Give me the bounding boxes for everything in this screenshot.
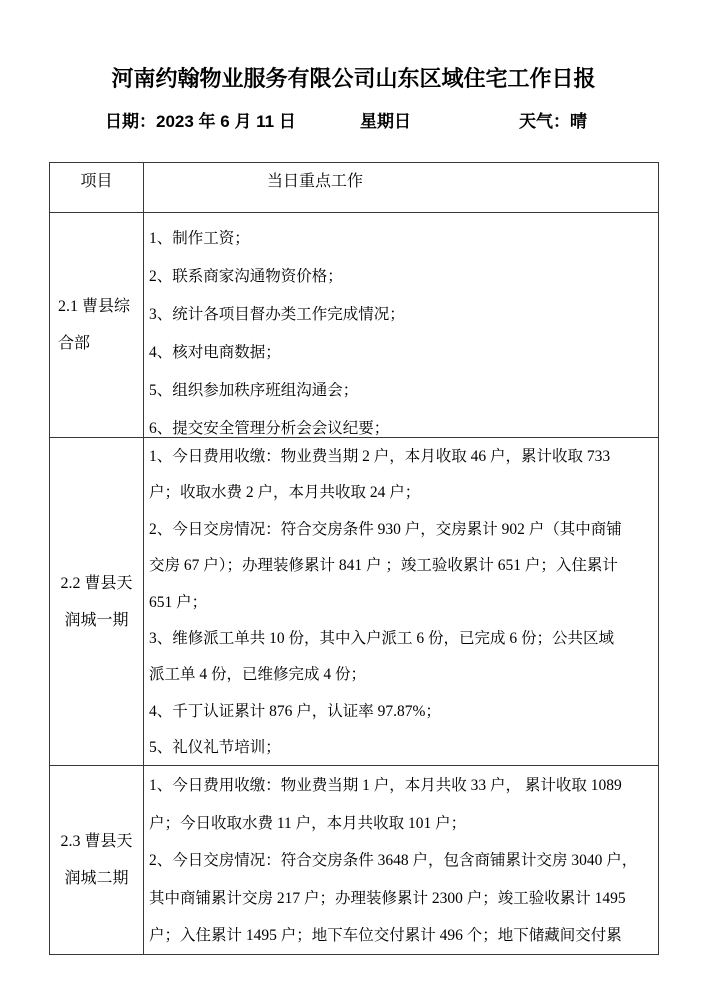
table-row-tianrun-city-phase2: 2.3 曹县天 润城二期 1、今日费用收缴：物业费当期 1 户，本月共收 33 … [50, 766, 658, 954]
work-item: 4、千丁认证累计 876 户，认证率 97.87%； [149, 694, 654, 730]
meta-date: 日期：2023 年 6 月 11 日 [105, 110, 296, 134]
work-item: 5、组织参加秩序班组沟通会； [149, 372, 654, 410]
project-label: 2.3 曹县天 润城二期 [50, 766, 144, 954]
meta-line: 日期：2023 年 6 月 11 日 星期日 天气：晴 [0, 110, 707, 134]
meta-weather: 天气：晴 [519, 110, 587, 134]
work-item: 3、统计各项目督办类工作完成情况； [149, 296, 654, 334]
work-item: 1、今日费用收缴：物业费当期 2 户，本月收取 46 户，累计收取 733 户；… [149, 439, 654, 512]
work-item: 2、联系商家沟通物资价格； [149, 258, 654, 296]
document-title: 河南约翰物业服务有限公司山东区域住宅工作日报 [0, 64, 707, 94]
project-label: 2.1 曹县综 合部 [50, 213, 144, 437]
work-item: 1、制作工资； [149, 220, 654, 258]
meta-weekday: 星期日 [360, 110, 411, 134]
work-item: 2、今日交房情况：符合交房条件 930 户，交房累计 902 户（其中商铺 交房… [149, 512, 654, 621]
work-items: 1、今日费用收缴：物业费当期 1 户，本月共收 33 户， 累计收取 1089 … [144, 766, 658, 954]
work-items: 1、制作工资；2、联系商家沟通物资价格；3、统计各项目督办类工作完成情况；4、核… [144, 213, 658, 437]
table-header-row: 项目 当日重点工作 [50, 163, 658, 213]
work-item: 6、提交安全管理分析会会议纪要； [149, 410, 654, 437]
work-items: 1、今日费用收缴：物业费当期 2 户，本月收取 46 户，累计收取 733 户；… [144, 438, 658, 765]
header-daily-work: 当日重点工作 [144, 163, 658, 212]
daily-report-table: 项目 当日重点工作 2.1 曹县综 合部 1、制作工资；2、联系商家沟通物资价格… [49, 162, 659, 955]
work-item: 1、今日费用收缴：物业费当期 1 户，本月共收 33 户， 累计收取 1089 … [149, 767, 654, 842]
project-label: 2.2 曹县天 润城一期 [50, 438, 144, 765]
work-item: 2、今日交房情况：符合交房条件 3648 户，包含商铺累计交房 3040 户， … [149, 842, 654, 954]
table-row-tianrun-city-phase1: 2.2 曹县天 润城一期 1、今日费用收缴：物业费当期 2 户，本月收取 46 … [50, 438, 658, 766]
work-item: 5、礼仪礼节培训； [149, 730, 654, 765]
work-item: 4、核对电商数据； [149, 334, 654, 372]
work-item: 3、维修派工单共 10 份，其中入户派工 6 份，已完成 6 份；公共区域 派工… [149, 621, 654, 694]
table-row-caoxian-comprehensive: 2.1 曹县综 合部 1、制作工资；2、联系商家沟通物资价格；3、统计各项目督办… [50, 213, 658, 438]
header-project: 项目 [50, 163, 144, 212]
